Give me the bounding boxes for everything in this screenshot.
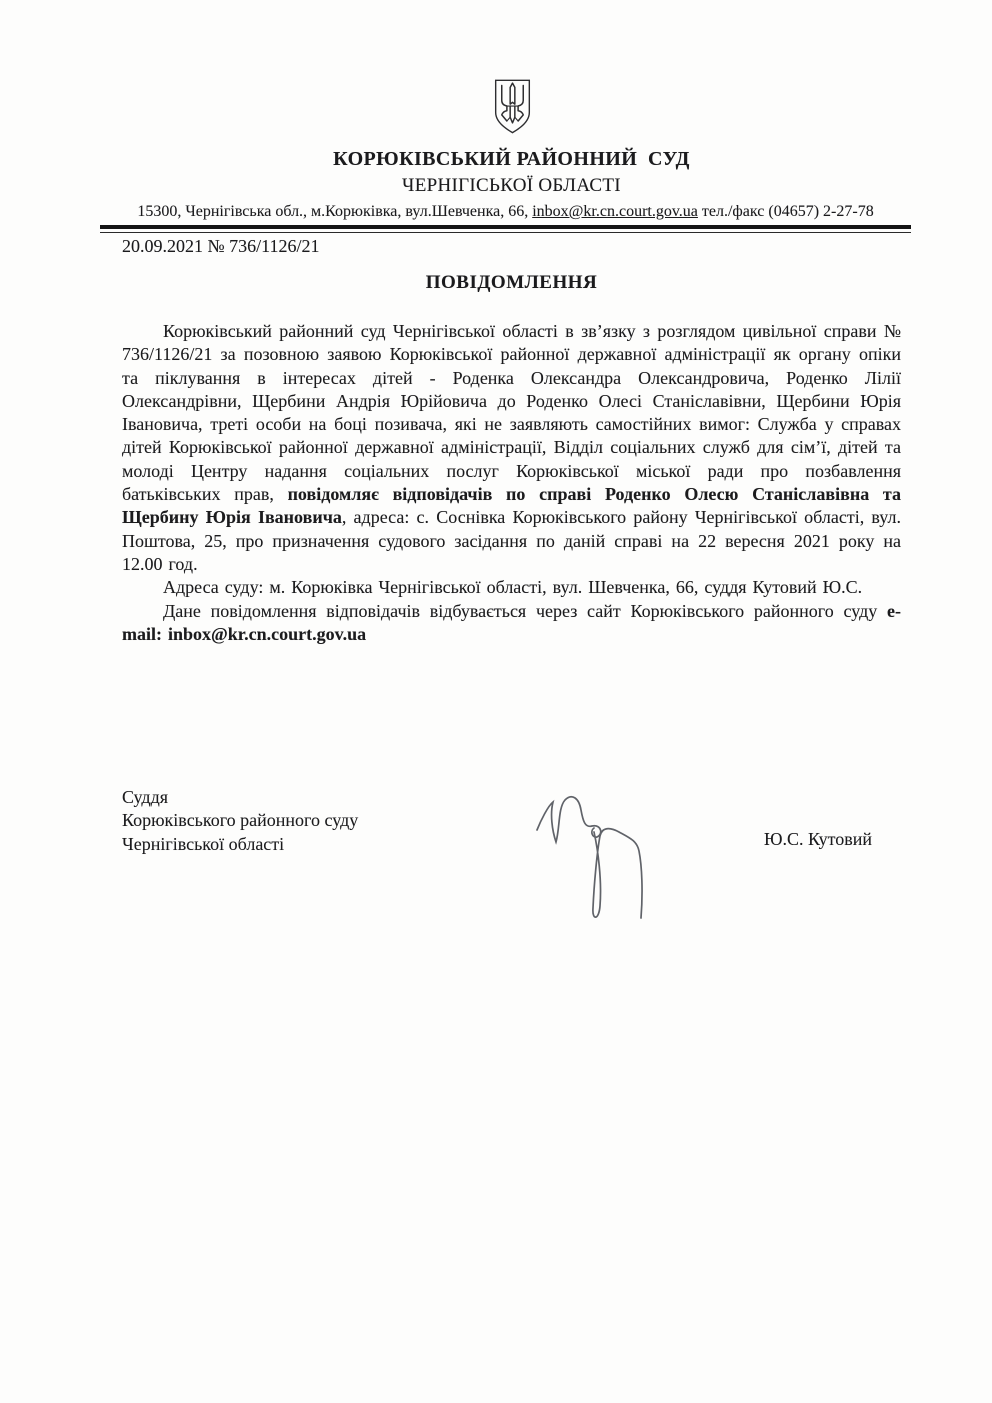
paragraph1-regular-text: Корюківський районний суд Чернігівської … (122, 321, 901, 504)
signer-role-line-3: Чернігівської області (122, 833, 358, 856)
scanned-court-notice-page: КОРЮКІВСЬКИЙ РАЙОННИЙ СУД ЧЕРНІГІСЬКОЇ О… (0, 0, 992, 1403)
address-text: 15300, Чернігівська обл., м.Корюківка, в… (137, 203, 532, 220)
header-divider-thin-rule (100, 232, 911, 233)
court-region: ЧЕРНІГІСЬКОЇ ОБЛАСТІ (122, 175, 901, 197)
signer-role-line-1: Суддя (122, 786, 358, 809)
document-body: Корюківський районний суд Чернігівської … (122, 320, 901, 646)
paragraph-court-address: Адреса суду: м. Корюківка Чернігівської … (122, 576, 901, 599)
phone-fax-text: тел./факс (04657) 2-27-78 (698, 203, 874, 220)
court-address-line: 15300, Чернігівська обл., м.Корюківка, в… (100, 203, 911, 221)
signer-role-block: Суддя Корюківського районного суду Черні… (122, 786, 358, 856)
paragraph-delivery-method: Дане повідомлення відповідачів відбуваєт… (122, 600, 901, 647)
date-case-reference: 20.09.2021 № 736/1126/21 (122, 236, 320, 257)
header-divider-thick-rule (100, 225, 911, 229)
court-name: КОРЮКІВСЬКИЙ РАЙОННИЙ СУД (122, 148, 901, 171)
document-title: ПОВІДОМЛЕННЯ (122, 272, 901, 294)
paragraph3-regular-text: Дане повідомлення відповідачів відбуваєт… (163, 601, 887, 621)
handwritten-signature-icon (522, 780, 702, 950)
court-email: inbox@kr.cn.court.gov.ua (532, 203, 698, 220)
signer-name: Ю.С. Кутовий (764, 829, 872, 850)
paragraph-case-description: Корюківський районний суд Чернігівської … (122, 320, 901, 576)
ukraine-trident-emblem-icon (489, 78, 536, 135)
signer-role-line-2: Корюківського районного суду (122, 809, 358, 832)
